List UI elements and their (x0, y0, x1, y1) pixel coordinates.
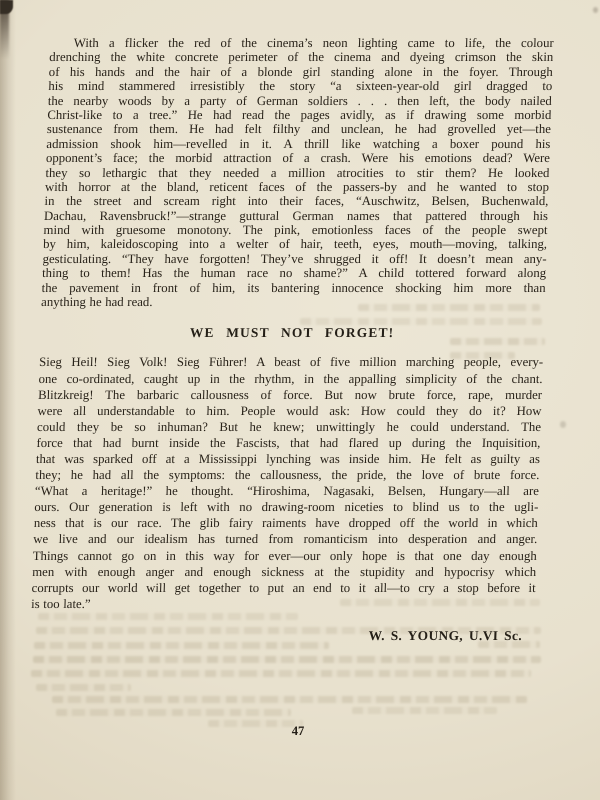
text-line: in the street and scream right into thei… (44, 194, 548, 208)
text-line: the pavement in front of him, its banter… (41, 281, 545, 295)
text-line: of his hands and the hair of a blonde gi… (49, 65, 553, 79)
bleed-through-line (31, 670, 531, 677)
text-line: ours. Our generation is left with no dra… (34, 499, 539, 515)
text-line: admission shook him—revelled in it. A th… (46, 137, 550, 151)
text-line: men with enough anger and enough sicknes… (32, 564, 537, 580)
text-line: Sieg Heil! Sieg Volk! Sieg Führer! A bea… (39, 354, 544, 370)
page-gutter-shadow (0, 0, 16, 800)
text-line: ness that is our race. The glib fairy ra… (34, 515, 539, 531)
bleed-through-line (36, 684, 131, 691)
text-line: we live and our idealism has turned from… (33, 531, 538, 547)
text-line: gesticulating. “They have forgotten! The… (42, 252, 546, 266)
text-line: force that had burnt inside the Fascists… (36, 435, 541, 451)
text-line: Blitzkreig! The barbaric callousness of … (38, 387, 543, 403)
text-line: Christ-like to a tree.” He had read the … (47, 108, 551, 122)
text-line: is too late.” (31, 596, 536, 612)
body-paragraph-1: With a flicker the red of the cinema’s n… (41, 36, 554, 309)
text-line: they; he had all the symptoms: the callo… (35, 467, 540, 483)
text-line: Things cannot go on in this way for ever… (32, 548, 537, 564)
text-line: the nearby woods by a party of German so… (48, 94, 552, 108)
text-line: drenching the white concrete perimeter o… (49, 50, 553, 64)
bleed-through-line (52, 696, 527, 703)
text-line: that was sparked off at a Mississippi ly… (36, 451, 541, 467)
scanned-page: With a flicker the red of the cinema’s n… (0, 0, 600, 800)
text-line: sustenance from them. He had felt filthy… (47, 122, 551, 136)
text-line: his mind stammered irresistibly the stor… (48, 79, 552, 93)
text-line: by him, kaleidoscoping into a welter of … (43, 237, 547, 251)
text-line: were all understandable to him. People w… (37, 403, 542, 419)
ink-speck (560, 421, 566, 428)
bleed-through-line (33, 656, 541, 663)
text-line: could they be so inhuman? But he knew; u… (37, 419, 542, 435)
text-line: opponent’s face; the morbid attraction o… (46, 151, 550, 165)
text-line: “What a heritage!” he thought. “Hiroshim… (35, 483, 540, 499)
ink-speck (593, 7, 598, 13)
text-line: with horror at the bland, reticent faces… (45, 180, 549, 194)
body-paragraph-2: Sieg Heil! Sieg Volk! Sieg Führer! A bea… (31, 354, 544, 612)
text-line: With a flicker the red of the cinema’s n… (50, 36, 554, 50)
text-line: mind with gruesome monotony. The pink, e… (43, 223, 547, 237)
page-number: 47 (283, 724, 313, 739)
section-heading: WE MUST NOT FORGET! (40, 325, 545, 341)
author-signature: W. S. YOUNG, U.VI Sc. (30, 627, 535, 644)
printed-text-column: With a flicker the red of the cinema’s n… (30, 36, 554, 644)
text-line: anything he had read. (41, 295, 545, 309)
text-line: thing to them! Has the human race no sha… (42, 266, 546, 280)
text-line: corrupts our world will get together to … (31, 580, 536, 596)
text-line: Dachau, Ravensbruck!”—strange guttural G… (44, 209, 548, 223)
bleed-through-line (56, 709, 291, 716)
bleed-through-line (352, 707, 497, 714)
text-line: one co-ordinated, caught up in the rhyth… (38, 371, 543, 387)
text-line: they so lethargic that they needed a mil… (45, 166, 549, 180)
